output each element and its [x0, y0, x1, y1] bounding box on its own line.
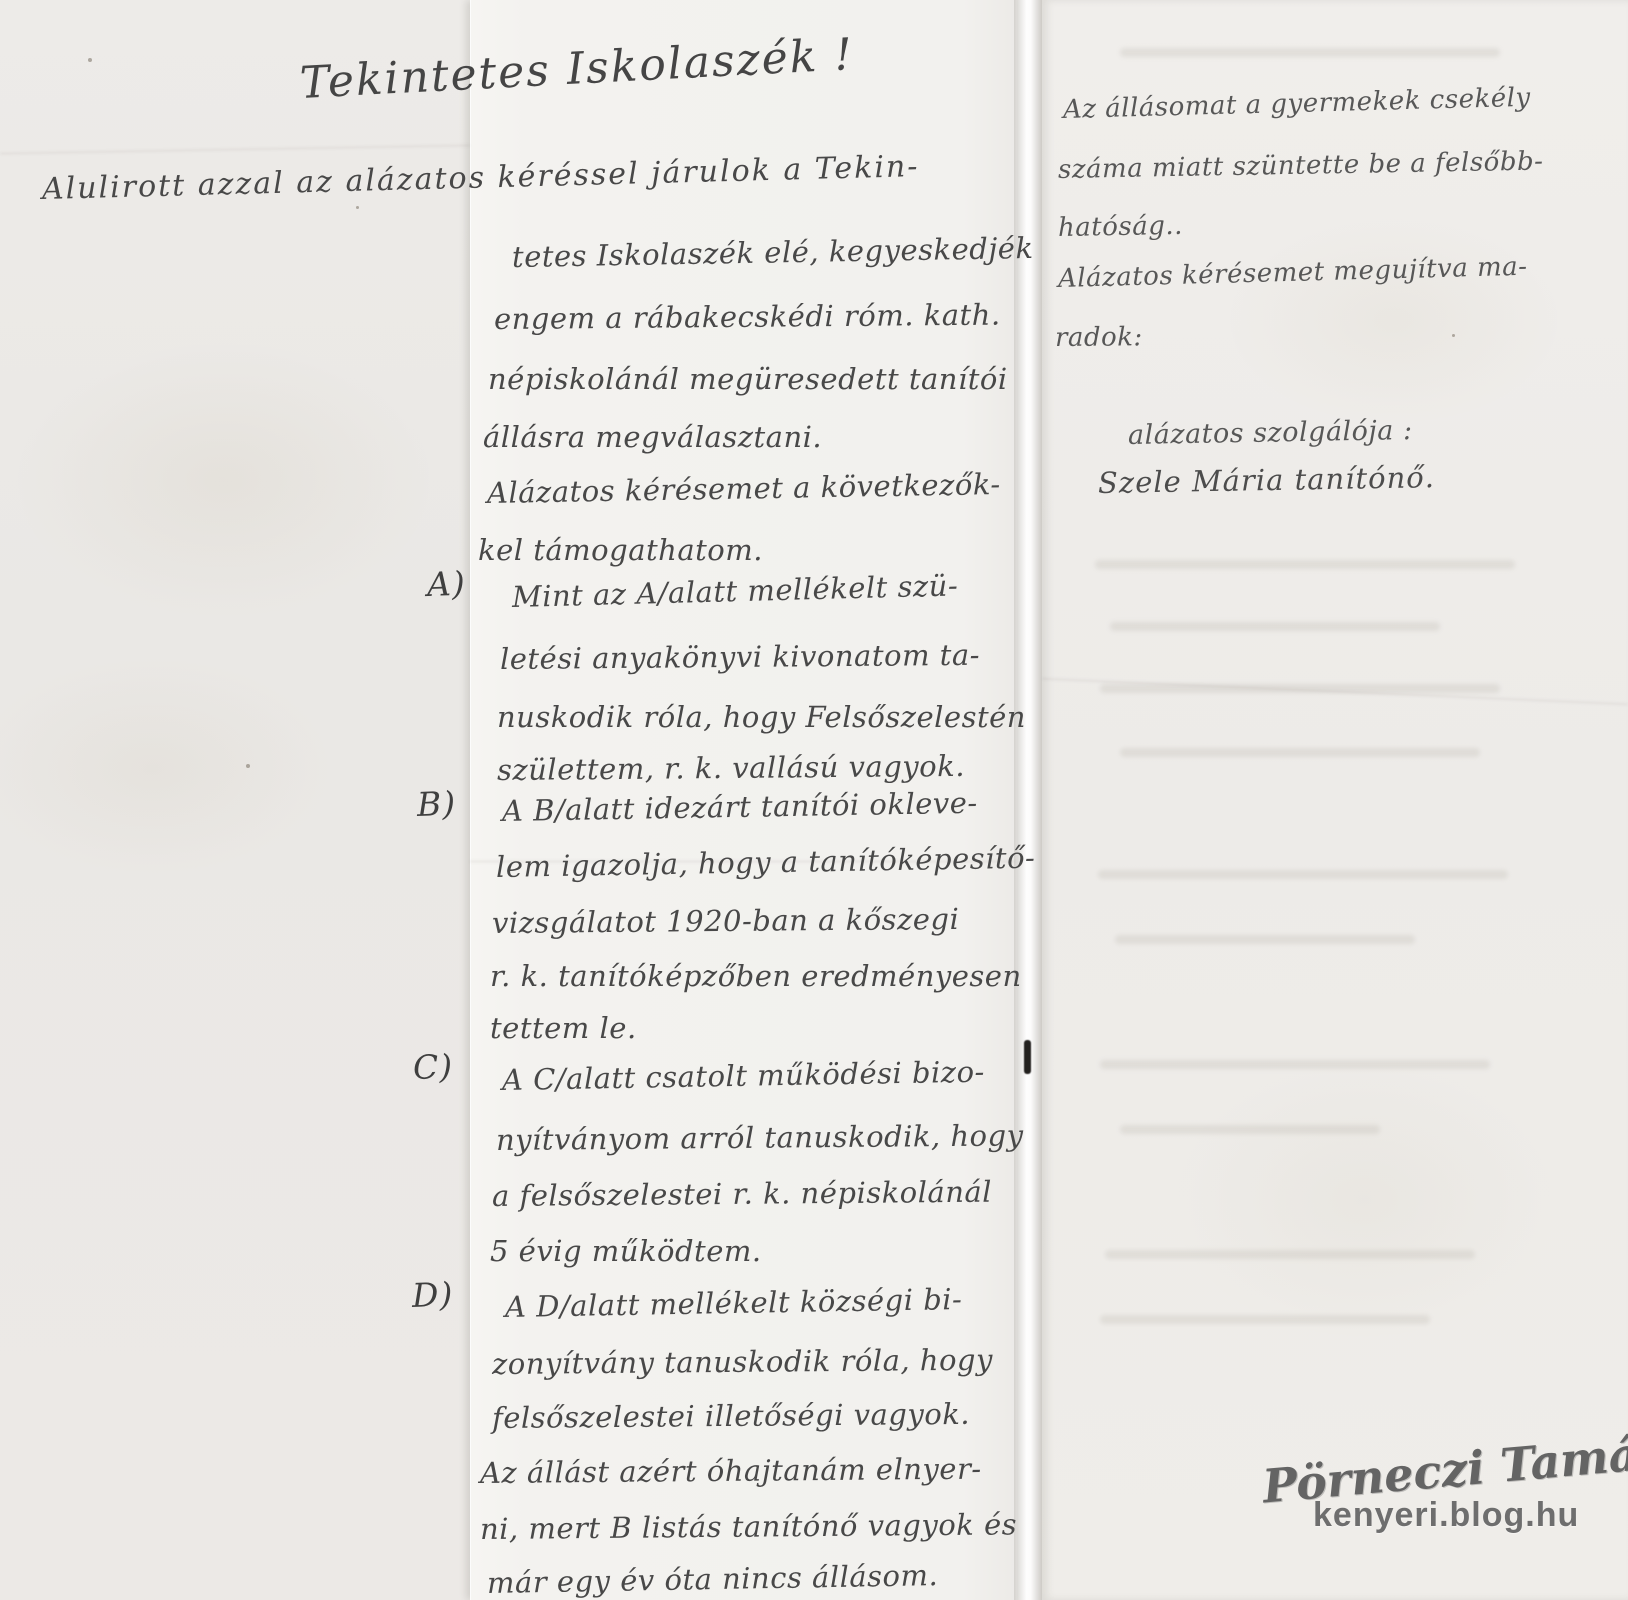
- bleed-through-line: [1098, 870, 1508, 879]
- item-marker-a: A): [426, 564, 466, 604]
- letter-line: engem a rábakecskédi róm. kath.: [494, 298, 1001, 336]
- item-marker-c: C): [412, 1047, 453, 1087]
- bleed-through-line: [1095, 560, 1515, 569]
- letter-line: radok:: [1055, 322, 1143, 353]
- letter-line: zonyítvány tanuskodik róla, hogy: [492, 1343, 993, 1381]
- letter-line: állásra megválasztani.: [483, 420, 822, 454]
- signature: Szele Mária tanítónő.: [1098, 460, 1436, 500]
- letter-line: ni, mert B listás tanítónő vagyok és: [480, 1507, 1017, 1546]
- dust-speck: [356, 206, 359, 209]
- dust-speck: [1452, 334, 1455, 337]
- bleed-through-line: [1120, 1125, 1380, 1134]
- letter-line: nuskodik róla, hogy Felsőszelestén: [497, 700, 1026, 734]
- letter-line: népiskolánál megüresedett tanítói: [488, 362, 1008, 396]
- letter-line: Az állást azért óhajtanám elnyer-: [480, 1452, 982, 1490]
- document-scan: Tekintetes Iskolaszék ! Alulirott azzal …: [0, 0, 1628, 1600]
- bleed-through-line: [1120, 748, 1480, 757]
- watermark-site: kenyeri.blog.hu: [1313, 1496, 1579, 1535]
- ink-blot: [1024, 1040, 1031, 1074]
- letter-line: hatóság..: [1058, 211, 1183, 243]
- bleed-through-line: [1100, 1060, 1490, 1069]
- letter-line: felsőszelestei illetőségi vagyok.: [492, 1397, 970, 1435]
- bleed-through-line: [1105, 1250, 1475, 1259]
- letter-line: születtem, r. k. vallású vagyok.: [497, 749, 965, 787]
- dust-speck: [88, 58, 92, 62]
- item-marker-b: B): [416, 784, 456, 824]
- valediction: alázatos szolgálója :: [1128, 415, 1413, 451]
- letter-line: a felsőszelestei r. k. népiskolánál: [492, 1175, 992, 1213]
- bleed-through-line: [1100, 1315, 1430, 1324]
- letter-line: vizsgálatot 1920-ban a kőszegi: [492, 902, 960, 940]
- letter-line: letési anyakönyvi kivonatom ta-: [500, 638, 980, 676]
- letter-line: nyítványom arról tanuskodik, hogy: [496, 1118, 1024, 1157]
- bleed-through-line: [1100, 684, 1500, 693]
- bleed-through-line: [1120, 48, 1500, 57]
- letter-line: kel támogathatom.: [478, 533, 763, 567]
- bleed-through-line: [1110, 622, 1440, 631]
- dust-speck: [246, 764, 250, 768]
- letter-line: tettem le.: [490, 1011, 637, 1045]
- letter-line: r. k. tanítóképzőben eredményesen: [490, 959, 1022, 993]
- bleed-through-line: [1115, 935, 1415, 944]
- item-marker-d: D): [411, 1275, 454, 1315]
- letter-line: 5 évig működtem.: [490, 1234, 762, 1268]
